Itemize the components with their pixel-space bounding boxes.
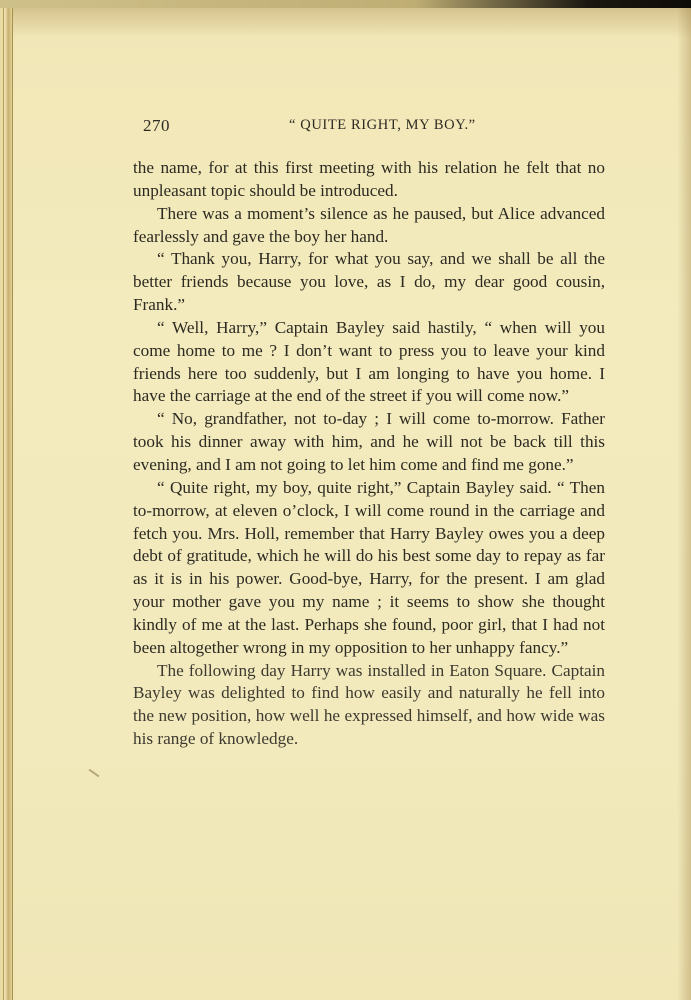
body-text: the name, for at this first meeting with… <box>133 157 605 751</box>
paragraph: The following day Harry was installed in… <box>133 660 605 751</box>
page-number: 270 <box>143 116 170 136</box>
paragraph: “ Quite right, my boy, quite right,” Cap… <box>133 477 605 660</box>
paragraph: the name, for at this first meeting with… <box>133 157 605 203</box>
paragraph: There was a moment’s silence as he pause… <box>133 203 605 249</box>
paragraph: “ Well, Harry,” Captain Bayley said hast… <box>133 317 605 408</box>
binding-line <box>3 8 4 1000</box>
paragraph: “ No, grandfather, not to-day ; I will c… <box>133 408 605 477</box>
paragraph: “ Thank you, Harry, for what you say, an… <box>133 248 605 317</box>
running-head: 270 “ QUITE RIGHT, MY BOY.” <box>143 116 617 138</box>
running-title: “ QUITE RIGHT, MY BOY.” <box>289 117 476 134</box>
book-binding-edge <box>0 8 13 1000</box>
